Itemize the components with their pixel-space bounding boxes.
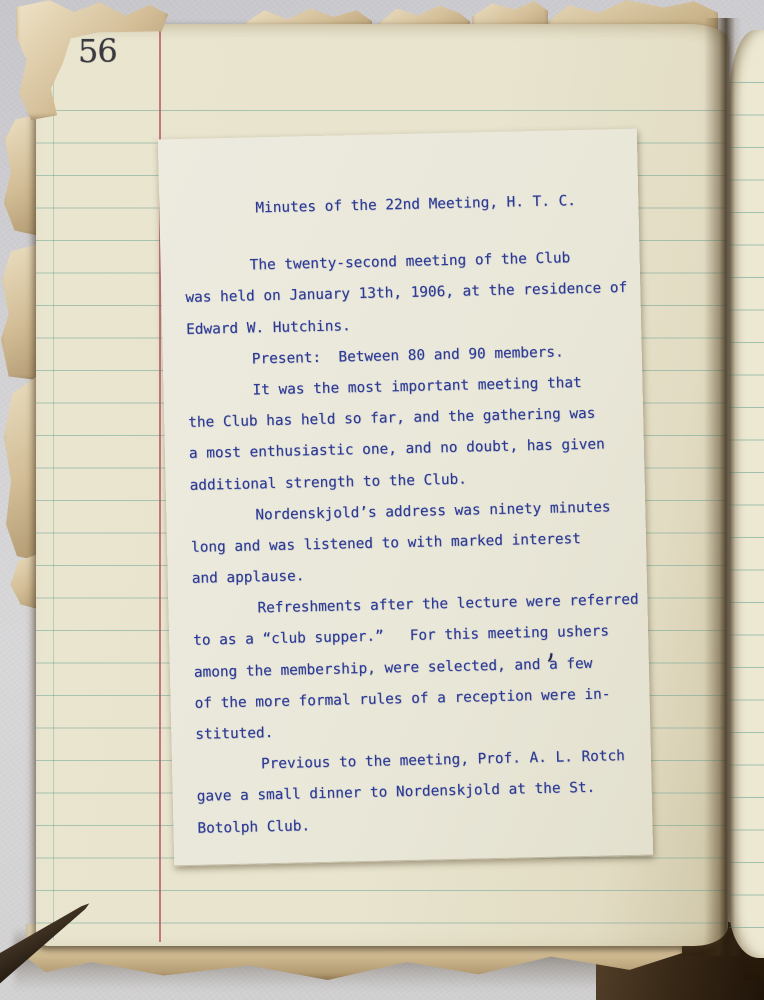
photo-of-ledger: 56 Minutes of the 22nd Meeting, H. T. C.… bbox=[0, 0, 764, 1000]
typed-text: Minutes of the 22nd Meeting, H. T. C.The… bbox=[158, 129, 653, 845]
typed-sheet: Minutes of the 22nd Meeting, H. T. C.The… bbox=[158, 129, 653, 867]
page-number: 56 bbox=[78, 32, 117, 70]
next-page-edge bbox=[729, 30, 764, 958]
left-margin-rule bbox=[53, 24, 54, 940]
next-page-ruling bbox=[729, 82, 764, 948]
